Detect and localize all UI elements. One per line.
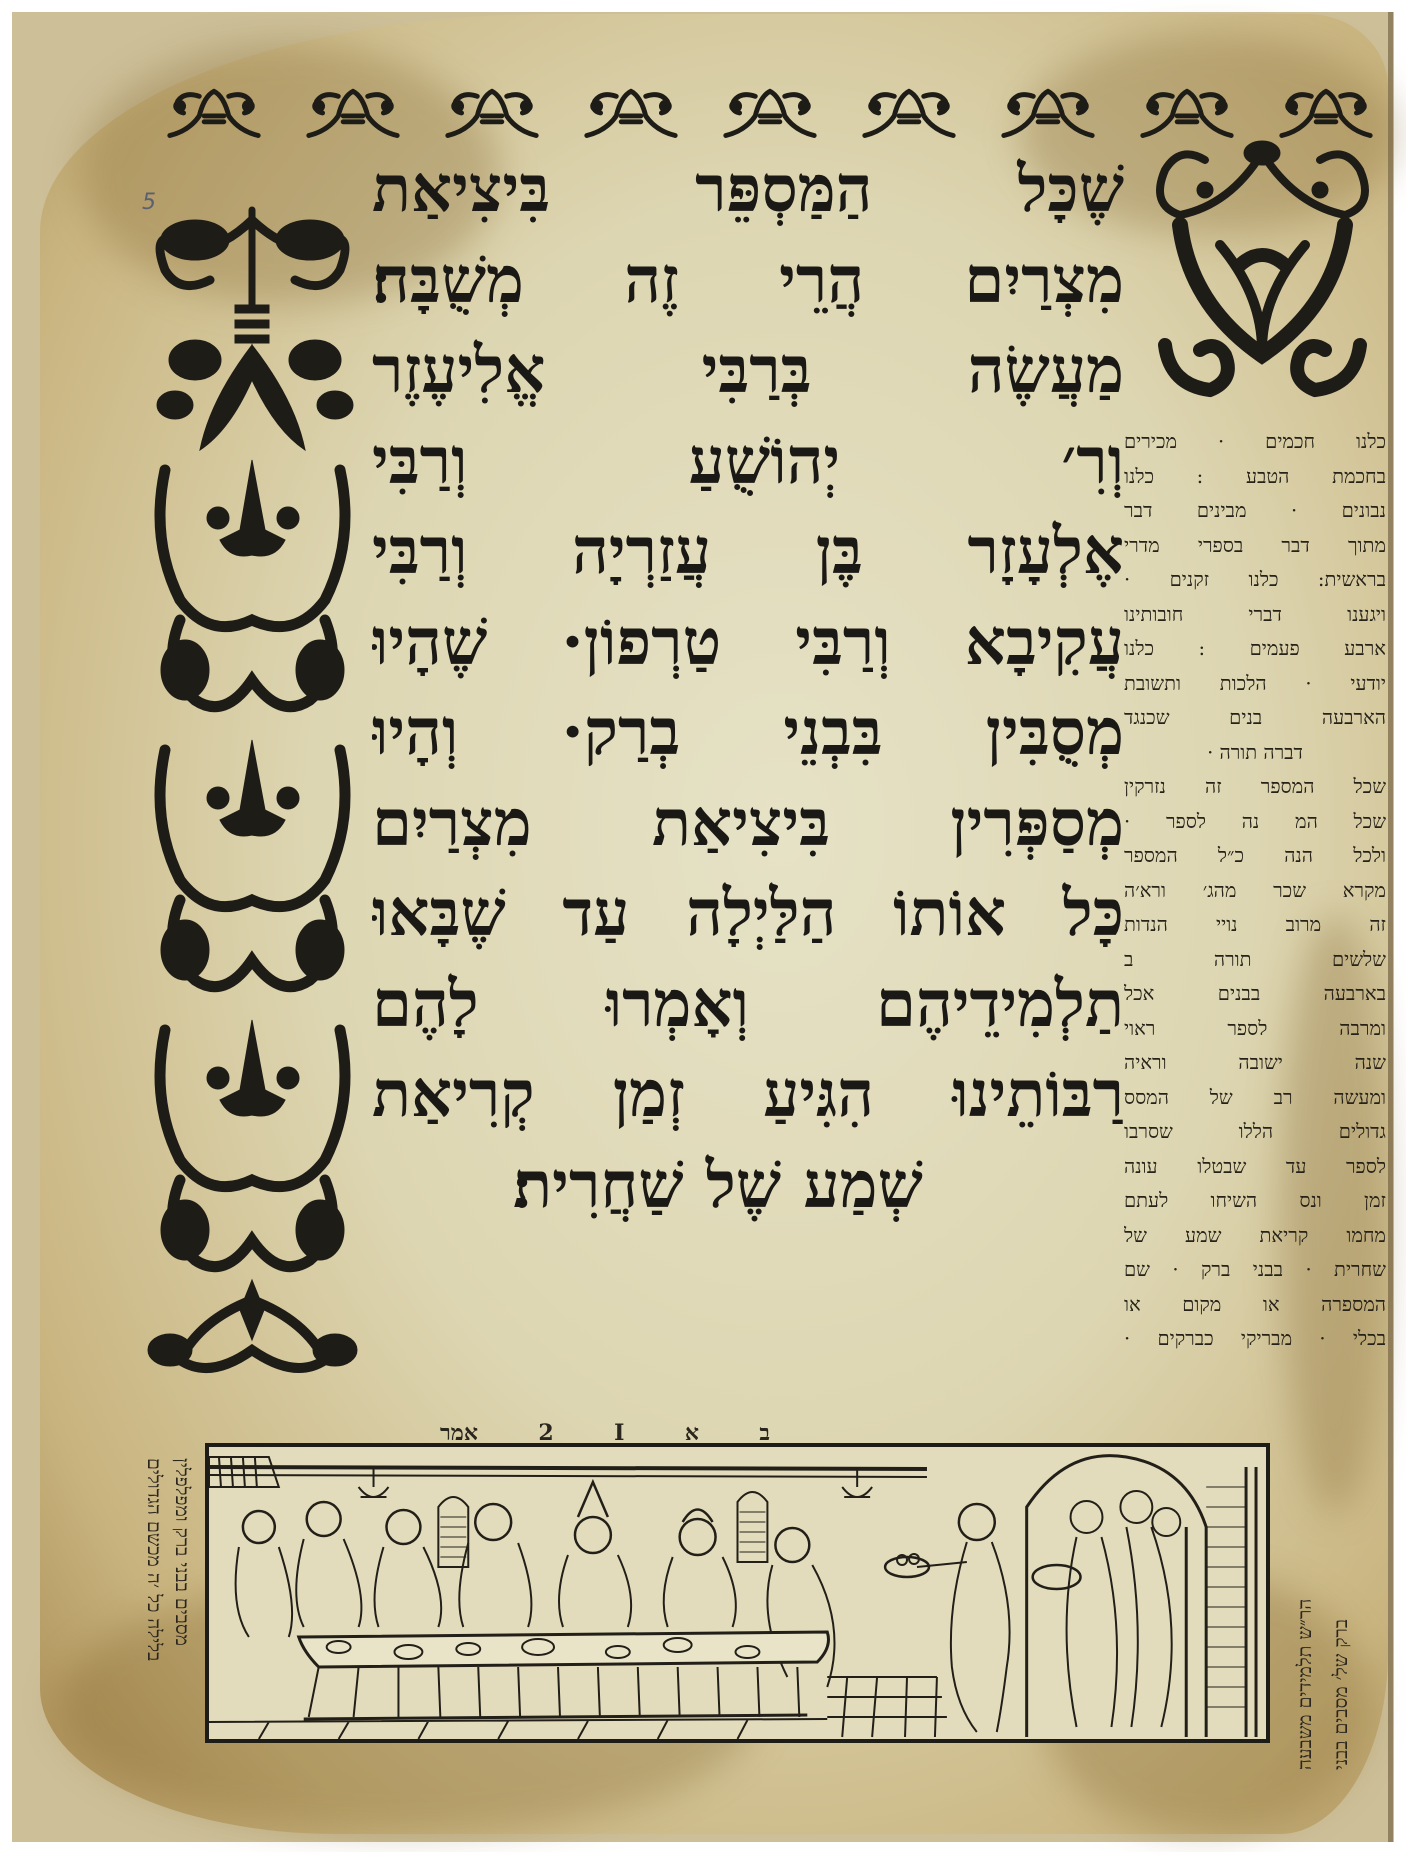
commentary-line: ויגענו דברי חובותינו <box>1124 598 1386 633</box>
commentary-line: גדולים הללו שסרבו <box>1124 1115 1386 1150</box>
scroll-ornament-icon <box>577 76 685 146</box>
scroll-ornament-icon <box>438 76 546 146</box>
scroll-ornament-icon <box>716 76 824 146</box>
scroll-ornament-icon <box>160 76 268 146</box>
main-text-line: מְסַפְּרִין בִּיצִיאַת מִצְרַיִם <box>372 779 1124 870</box>
main-text-line: מִצְרַיִם הֲרֵי זֶה מְשֻׁבָּח׃ <box>372 236 1124 327</box>
top-right-ornament <box>1150 135 1375 415</box>
commentary-column: כלנו חכמים · מכירים בחכמת הטבע : כלנו נב… <box>1124 425 1386 1357</box>
commentary-line: ולכל הנה כ״ל המספר <box>1124 839 1386 874</box>
commentary-line: ומעשה רב של המסס <box>1124 1081 1386 1116</box>
scroll-ornament-icon <box>855 76 963 146</box>
vertical-caption-line: ברק של׳ מסבים בבני <box>1330 1619 1353 1770</box>
commentary-line: בראשית: כלנו זקנים · <box>1124 563 1386 598</box>
main-text-line: שְׁמַע שֶׁל שַׁחֲרִית׃ <box>372 1141 1124 1232</box>
main-text-line: תַלְמִידֵיהֶם וְאָמְרוּ לָהֶם <box>372 960 1124 1051</box>
commentary-line: ארבע פעמים : כלנו <box>1124 632 1386 667</box>
commentary-line: לספר עד שבטלו עונה <box>1124 1150 1386 1185</box>
commentary-line: נבונים · מבינים דבר <box>1124 494 1386 529</box>
right-vertical-caption: הר״ש תלמידים משבעה ברק של׳ מסבים בבני <box>1280 1450 1380 1780</box>
seder-scene-woodcut-icon <box>209 1447 1266 1739</box>
heart-scroll-ornament-icon <box>1150 135 1375 415</box>
floral-vine-ornament-icon <box>140 200 365 1400</box>
commentary-line: שלשים תורה ב <box>1124 943 1386 978</box>
scroll-ornament-icon <box>299 76 407 146</box>
commentary-line: זה מרוב נויי הנדות <box>1124 908 1386 943</box>
commentary-line: שחרית · בבני ברק · שם <box>1124 1253 1386 1288</box>
commentary-line: ומרבה לספר ראוי <box>1124 1012 1386 1047</box>
main-text-line: אֶלְעָזָר בֶּן עֲזַרְיָה וְרַבִּי <box>372 507 1124 598</box>
commentary-line: כלנו חכמים · מכירים <box>1124 425 1386 460</box>
vertical-caption-line: מסבים בבני ברק ומפלפלין <box>170 1458 193 1646</box>
main-text-line: עֲקִיבָא וְרַבִּי טַרְפוֹן· שֶׁהָיוּ <box>372 598 1124 689</box>
main-text-line: מְסֻבִּין בִּבְנֵי בְרַק· וְהָיוּ <box>372 688 1124 779</box>
main-text-line: כָּל אוֹתוֹ הַלַּיְלָה עַד שֶׁבָּאוּ <box>372 869 1124 960</box>
commentary-line: יודעי · הלכות ותשובת <box>1124 667 1386 702</box>
commentary-line: מקרא שכר מהג׳ ורא׳ה <box>1124 874 1386 909</box>
main-text-block: שֶׁכָּל הַמַּסְפֵּר בִּיצִיאַת מִצְרַיִם… <box>372 145 1124 1231</box>
commentary-line: שנה ישובה וראיה <box>1124 1046 1386 1081</box>
commentary-line: בחכמת הטבע : כלנו <box>1124 460 1386 495</box>
left-vertical-caption: בלילה כל ׳ה מכשם הגדולים מסבים בבני ברק … <box>135 1450 195 1780</box>
commentary-line: הארבעה בנים שכנגד <box>1124 701 1386 736</box>
commentary-line: בארבעה בבנים אכל <box>1124 977 1386 1012</box>
commentary-line: מחמו קריאת שמע של <box>1124 1219 1386 1254</box>
commentary-line: דברה תורה · <box>1124 736 1386 771</box>
commentary-line: מתוך דבר בספרי מדרי <box>1124 529 1386 564</box>
main-text-line: שֶׁכָּל הַמַּסְפֵּר בִּיצִיאַת <box>372 145 1124 236</box>
commentary-line: זמן ונס השיחו לעתם <box>1124 1184 1386 1219</box>
left-ornamental-column <box>140 200 365 1400</box>
main-text-line: מַעֲשֶׂה בְּרַבִּי אֱלִיעֶזֶר <box>372 326 1124 417</box>
commentary-line: שכל המספר זה נזרקין <box>1124 770 1386 805</box>
mount-edge <box>1388 12 1393 1842</box>
vertical-caption-line: בלילה כל ׳ה מכשם הגדולים <box>142 1458 165 1661</box>
main-text-line: וְרִ׳ יְהוֹשֻׁעַ וְרַבִּי <box>372 417 1124 508</box>
commentary-line: בכלי · מבריקי כברקים · <box>1124 1322 1386 1357</box>
commentary-line: המספרה או מקום או <box>1124 1288 1386 1323</box>
commentary-line: שכל המ נה לספר · <box>1124 805 1386 840</box>
seder-woodcut-illustration <box>205 1443 1270 1743</box>
scroll-ornament-icon <box>994 76 1102 146</box>
vertical-caption-line: הר״ש תלמידים משבעה <box>1294 1599 1317 1770</box>
main-text-line: רַבּוֹתֵינוּ הִגִּיעַ זְמַן קְרִיאַת <box>372 1050 1124 1141</box>
